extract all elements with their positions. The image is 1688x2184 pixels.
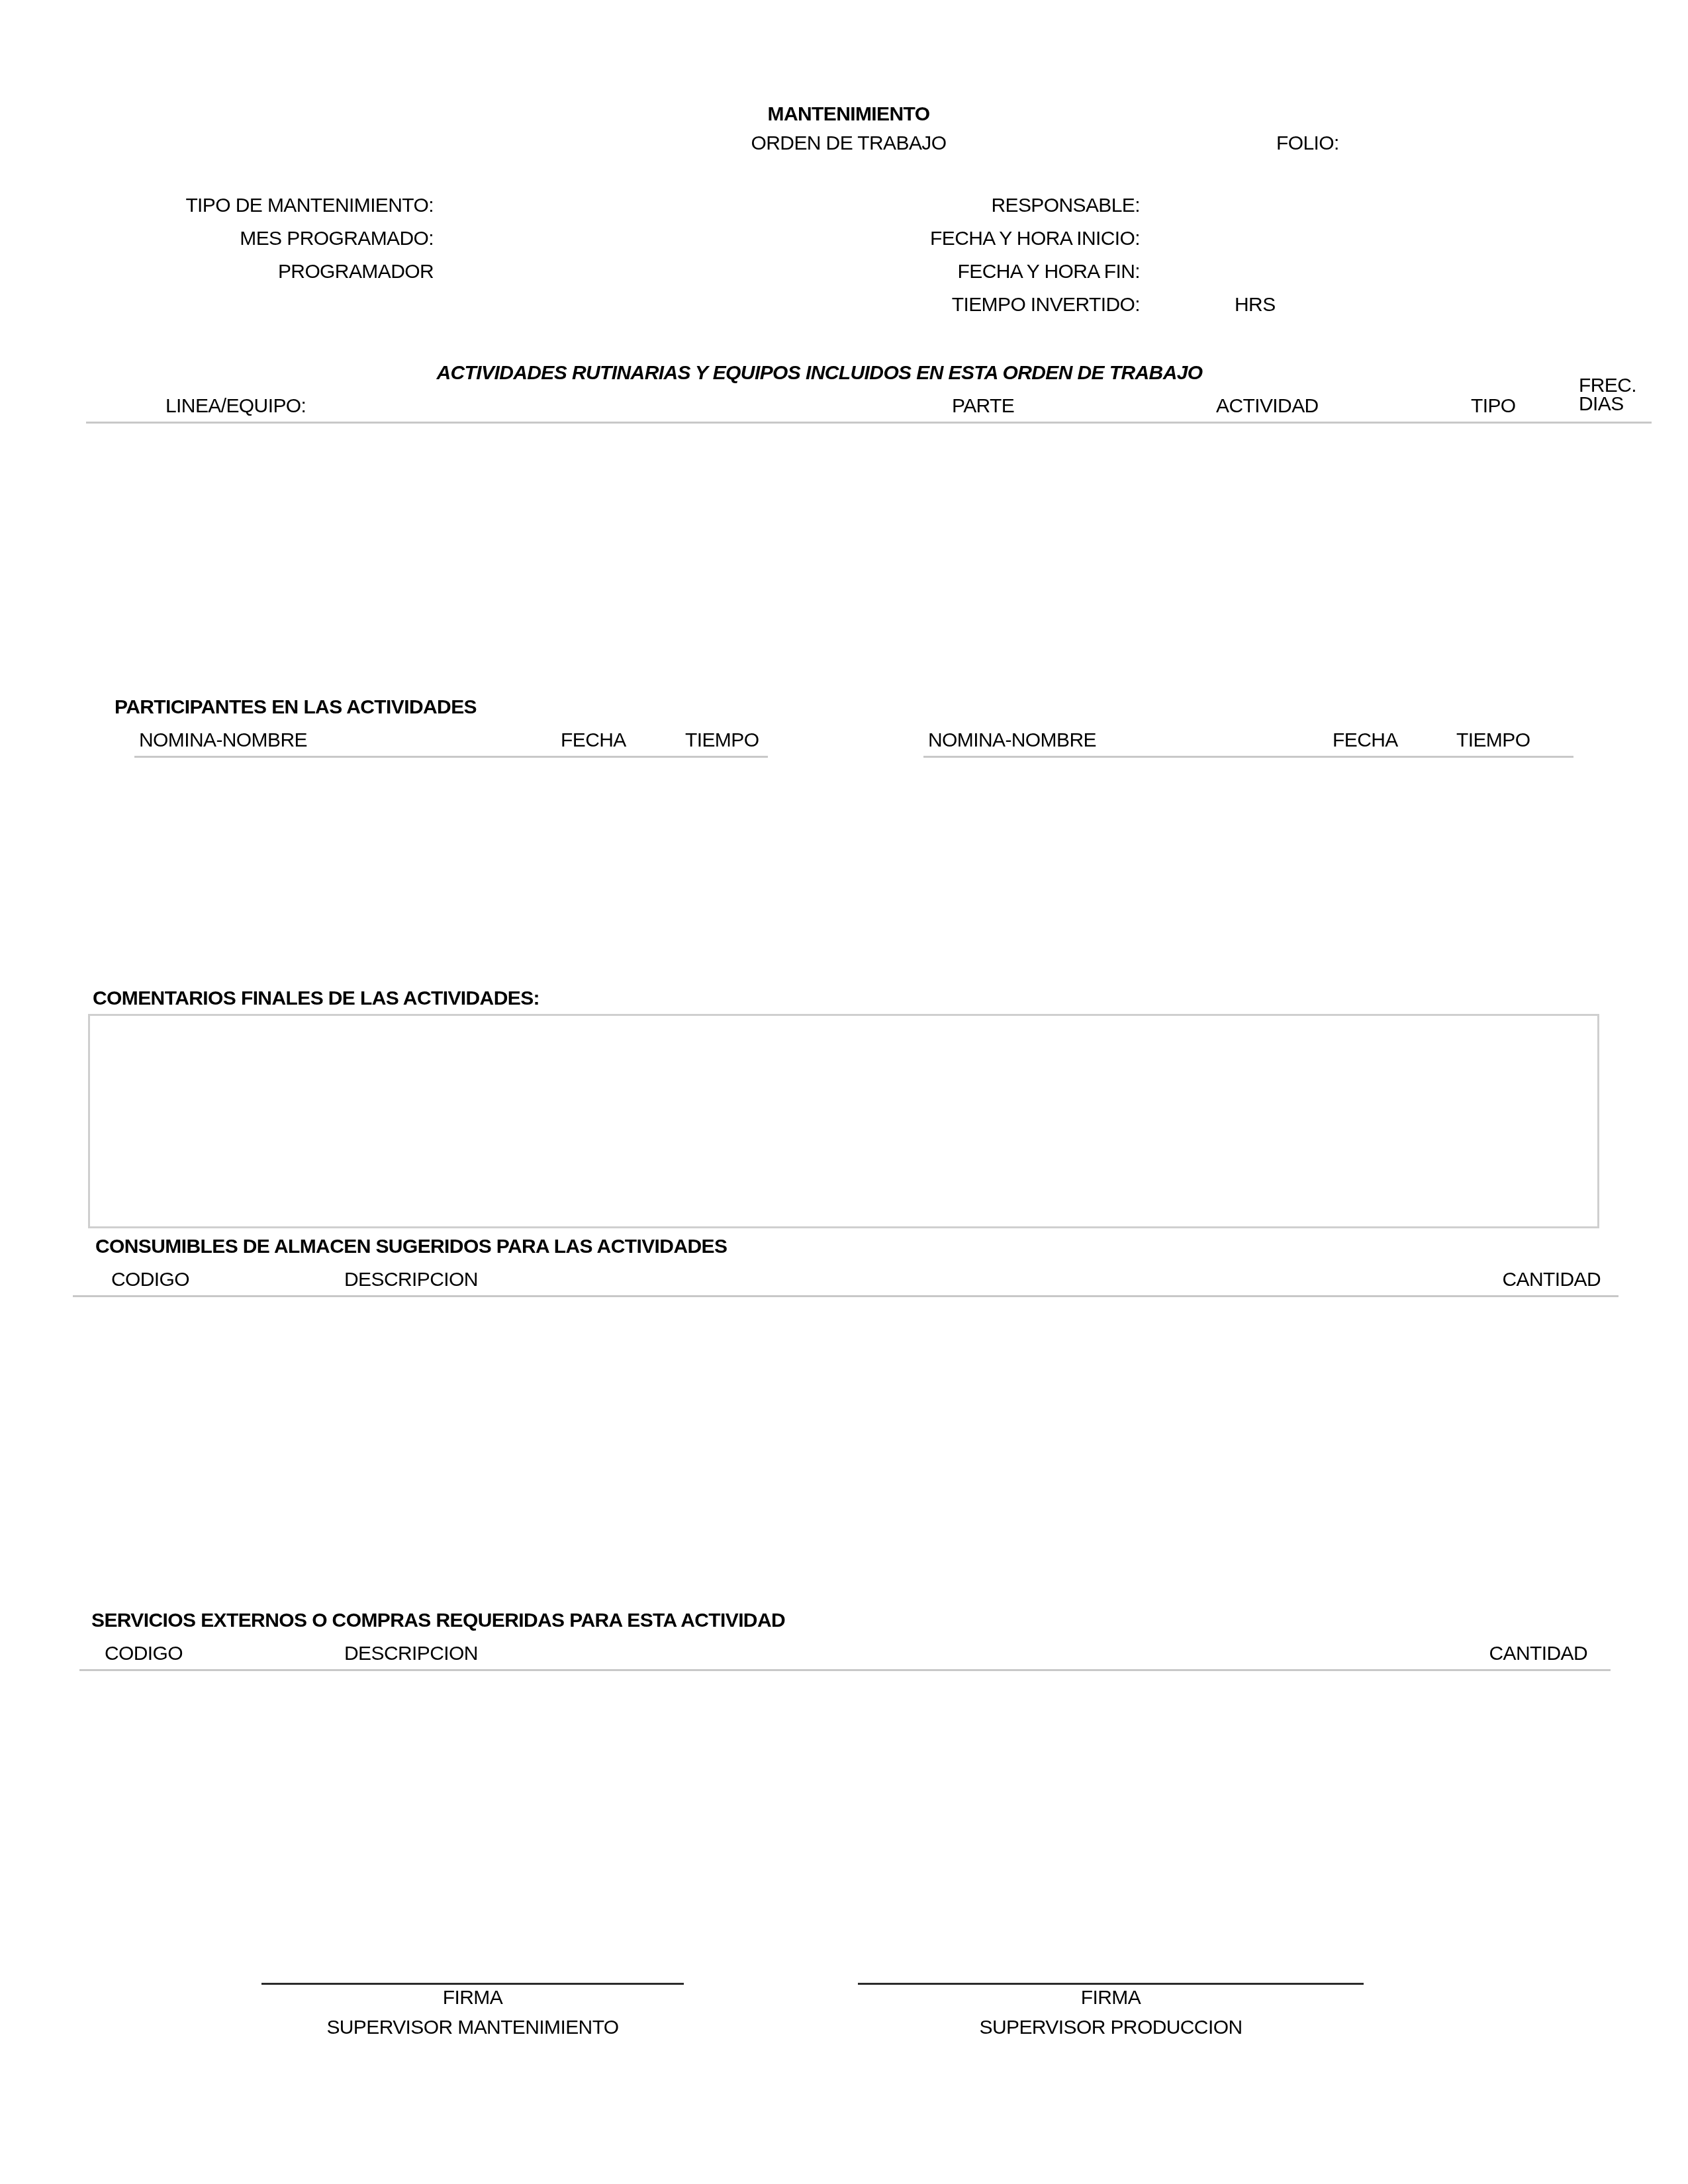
actividades-header-divider bbox=[86, 422, 1652, 424]
servicios-col-cantidad: CANTIDAD bbox=[1389, 1643, 1587, 1665]
folio-label: FOLIO: bbox=[1276, 132, 1339, 155]
consumibles-table-body[interactable] bbox=[73, 1300, 1618, 1578]
actividades-table-body[interactable] bbox=[86, 427, 1652, 678]
signature-line-mantenimiento[interactable] bbox=[261, 1983, 684, 1985]
participantes-table-body[interactable] bbox=[134, 761, 1573, 973]
col-tiempo-left: TIEMPO bbox=[685, 729, 759, 752]
actividades-title: ACTIVIDADES RUTINARIAS Y EQUIPOS INCLUID… bbox=[356, 362, 1283, 385]
col-tipo: TIPO bbox=[1471, 395, 1516, 418]
col-frec: FREC. bbox=[1579, 377, 1636, 395]
firma-label-produccion: FIRMA bbox=[858, 1987, 1364, 2009]
signature-line-produccion[interactable] bbox=[858, 1983, 1364, 1985]
servicios-table-body[interactable] bbox=[79, 1674, 1611, 1952]
col-linea-equipo: LINEA/EQUIPO: bbox=[165, 395, 306, 418]
consumibles-col-descripcion: DESCRIPCION bbox=[344, 1269, 478, 1291]
col-parte: PARTE bbox=[952, 395, 1014, 418]
consumibles-header-divider bbox=[73, 1295, 1618, 1297]
hrs-unit: HRS bbox=[1235, 294, 1276, 316]
servicios-col-descripcion: DESCRIPCION bbox=[344, 1643, 478, 1665]
col-dias: DIAS bbox=[1579, 395, 1624, 414]
participantes-title: PARTICIPANTES EN LAS ACTIVIDADES bbox=[115, 696, 477, 719]
tipo-mantenimiento-label: TIPO DE MANTENIMIENTO: bbox=[103, 195, 434, 217]
servicios-header-divider bbox=[79, 1669, 1611, 1671]
supervisor-mantenimiento-label: SUPERVISOR MANTENIMIENTO bbox=[261, 2017, 684, 2039]
comentarios-box[interactable] bbox=[88, 1014, 1599, 1228]
servicios-col-codigo: CODIGO bbox=[105, 1643, 183, 1665]
document-subtitle: ORDEN DE TRABAJO bbox=[716, 132, 981, 155]
col-actividad: ACTIVIDAD bbox=[1216, 395, 1319, 418]
col-nomina-nombre-right: NOMINA-NOMBRE bbox=[928, 729, 1096, 752]
consumibles-title: CONSUMIBLES DE ALMACEN SUGERIDOS PARA LA… bbox=[95, 1236, 727, 1258]
tiempo-invertido-label: TIEMPO INVERTIDO: bbox=[809, 294, 1140, 316]
document-title: MANTENIMIENTO bbox=[716, 103, 981, 126]
consumibles-col-codigo: CODIGO bbox=[111, 1269, 189, 1291]
mes-programado-label: MES PROGRAMADO: bbox=[103, 228, 434, 250]
col-fecha-right: FECHA bbox=[1333, 729, 1398, 752]
servicios-title: SERVICIOS EXTERNOS O COMPRAS REQUERIDAS … bbox=[91, 1610, 785, 1632]
col-tiempo-right: TIEMPO bbox=[1456, 729, 1530, 752]
fecha-fin-label: FECHA Y HORA FIN: bbox=[809, 261, 1140, 283]
participantes-right-divider bbox=[923, 756, 1573, 758]
comentarios-title: COMENTARIOS FINALES DE LAS ACTIVIDADES: bbox=[93, 987, 539, 1010]
programador-label: PROGRAMADOR bbox=[103, 261, 434, 283]
fecha-inicio-label: FECHA Y HORA INICIO: bbox=[809, 228, 1140, 250]
firma-label-mantenimiento: FIRMA bbox=[261, 1987, 684, 2009]
col-nomina-nombre-left: NOMINA-NOMBRE bbox=[139, 729, 307, 752]
supervisor-produccion-label: SUPERVISOR PRODUCCION bbox=[858, 2017, 1364, 2039]
responsable-label: RESPONSABLE: bbox=[809, 195, 1140, 217]
col-fecha-left: FECHA bbox=[561, 729, 626, 752]
participantes-left-divider bbox=[134, 756, 768, 758]
consumibles-col-cantidad: CANTIDAD bbox=[1402, 1269, 1601, 1291]
